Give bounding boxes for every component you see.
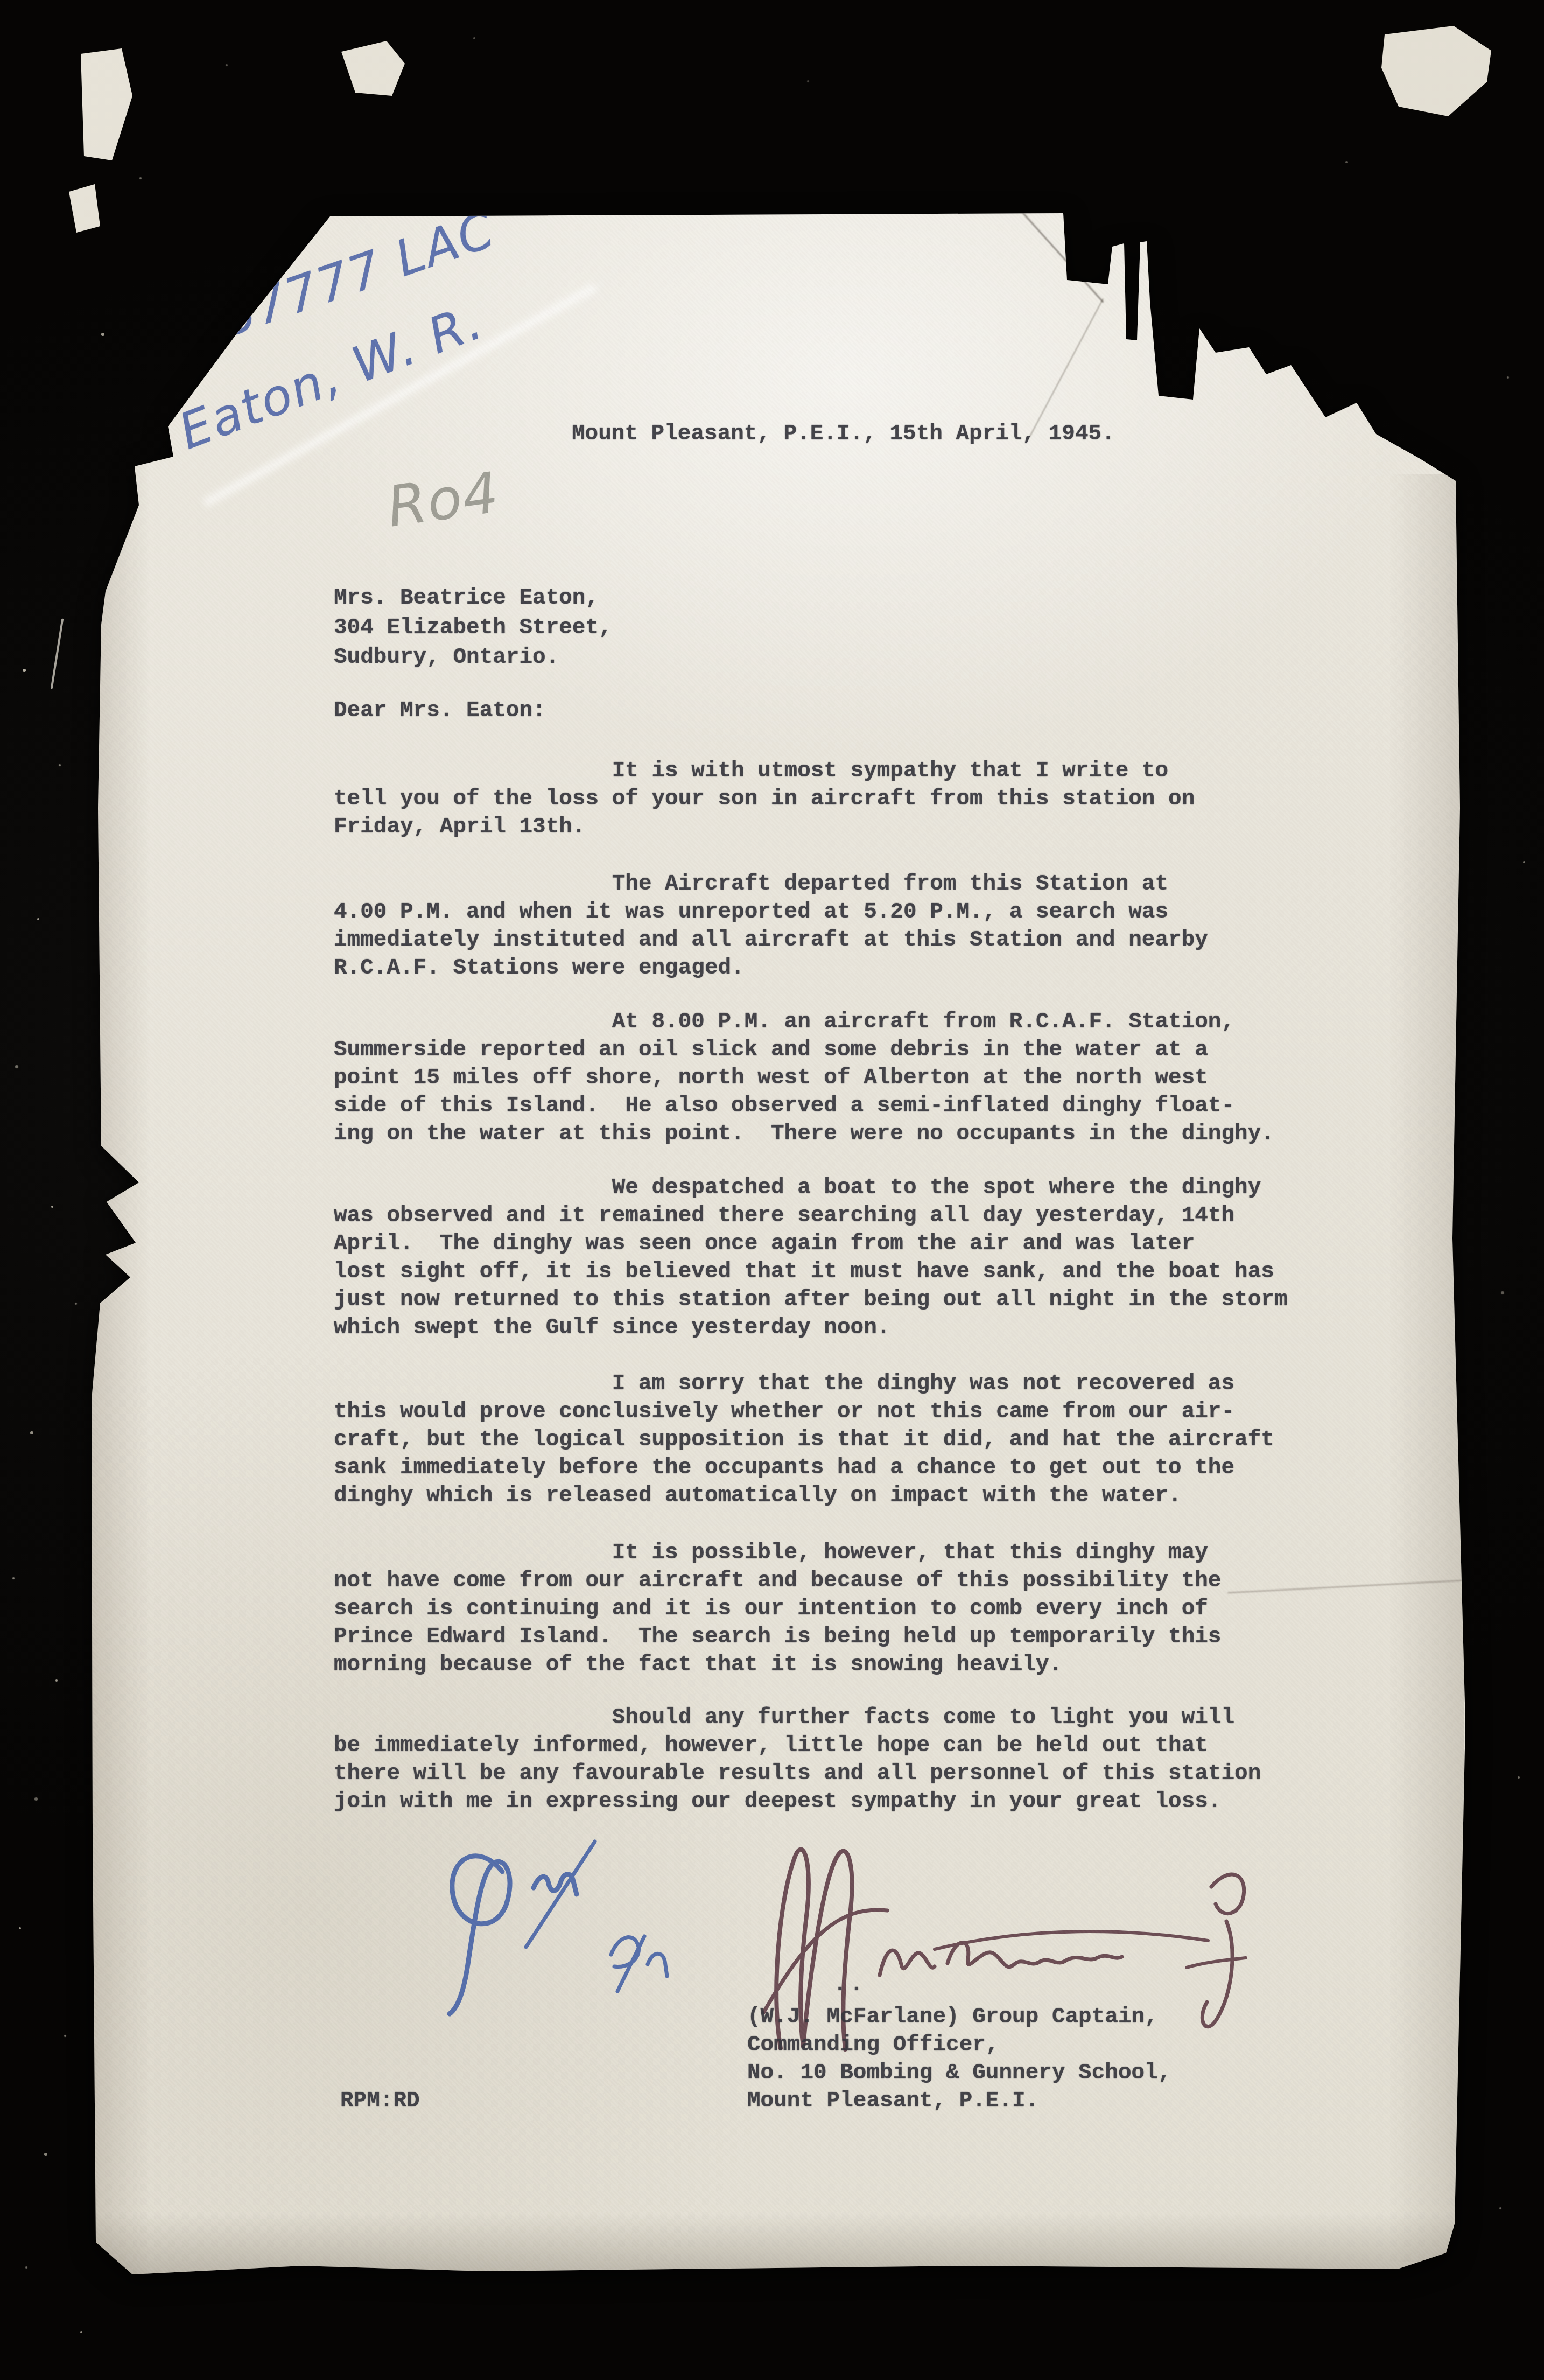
salutation: Dear Mrs. Eaton: [334, 697, 546, 725]
body-paragraph: We despatched a boat to the spot where t… [334, 1174, 1288, 1342]
paper-tear-line [1029, 298, 1104, 437]
paper-tear-line [1016, 206, 1104, 303]
paper-edge-shading [92, 2213, 1459, 2278]
handwritten-name: Eaton, W. R. [171, 292, 491, 461]
body-paragraph: I am sorry that the dinghy was not recov… [334, 1370, 1274, 1510]
body-paragraph: Should any further facts come to light y… [334, 1704, 1261, 1816]
body-paragraph: It is with utmost sympathy that I write … [334, 757, 1195, 841]
pencil-annotation: Ro4 [383, 459, 503, 540]
body-paragraph: At 8.00 P.M. an aircraft from R.C.A.F. S… [334, 1008, 1274, 1148]
paper-crease [201, 281, 599, 509]
dateline: Mount Pleasant, P.E.I., 15th April, 1945… [572, 420, 1115, 448]
signature-block: (W.J. McFarlane) Group Captain, Commandi… [747, 2003, 1171, 2115]
scanned-letter-page: 20-13 (C.O.) R257777 LAC Eaton, W. R. Ro… [0, 0, 1544, 2380]
handwritten-service-number: R257777 LAC [150, 200, 502, 370]
paper-fold-line [1227, 1579, 1464, 1593]
signature-mcfarlane [753, 1835, 1269, 2072]
paper-shadow-wrap: 20-13 (C.O.) R257777 LAC Eaton, W. R. Ro… [0, 0, 1544, 2380]
paper-edge-shading [1389, 474, 1464, 2262]
typist-initials: RPM:RD [340, 2087, 420, 2115]
recipient-address: Mrs. Beatrice Eaton, 304 Elizabeth Stree… [334, 584, 612, 673]
file-reference: 20-13 (C.O.) [1074, 215, 1237, 243]
body-paragraph: The Aircraft departed from this Station … [334, 870, 1208, 982]
signature-blue-initials [433, 1830, 746, 2024]
typed-dots: .. [833, 1971, 866, 1999]
paper-edge-shading [81, 210, 151, 2278]
letter-paper: 20-13 (C.O.) R257777 LAC Eaton, W. R. Ro… [0, 0, 1544, 2380]
body-paragraph: It is possible, however, that this dingh… [334, 1539, 1221, 1679]
